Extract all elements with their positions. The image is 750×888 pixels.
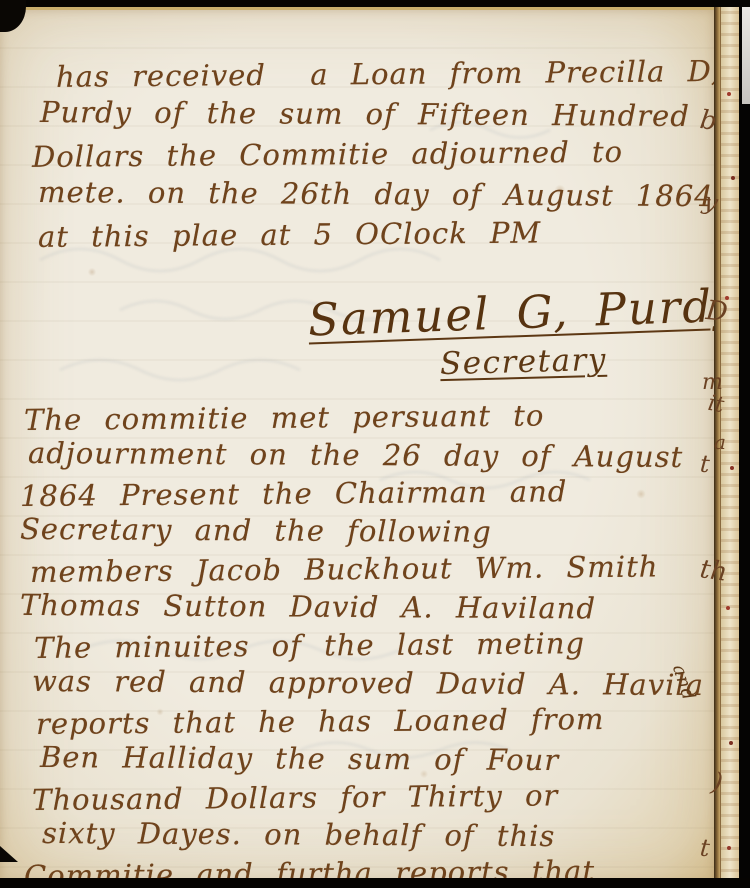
text-line: Thomas Sutton David A. Haviland [20, 586, 710, 628]
ink-mark: t [699, 450, 711, 479]
ink-mark: t [699, 834, 711, 863]
photo-backdrop-right [739, 0, 750, 888]
text-line: Secretary and the following [20, 510, 710, 552]
text-line: The minuites of the last meting [34, 623, 710, 667]
signature-title: Secretary [440, 342, 608, 382]
text-line: sixty Dayes. on behalf of this [42, 814, 710, 856]
text-line: Thousand Dollars for Thirty or [32, 775, 710, 819]
ink-mark: th [698, 554, 729, 587]
text-line: Purdy of the sum of Fifteen Hundred [40, 92, 702, 136]
manuscript-page: has received a Loan from Precilla D, Pur… [0, 7, 714, 886]
book-photo: has received a Loan from Precilla D, Pur… [0, 0, 750, 888]
text-line: reports that he has Loaned from [36, 699, 710, 743]
text-line: adjournment on the 26 day of August [28, 434, 710, 476]
text-line: Dollars the Commitie adjourned to [32, 131, 702, 177]
bottom-shadow-band [0, 878, 750, 888]
top-shadow-band [0, 0, 750, 7]
book-cover-edge-highlight [742, 0, 750, 104]
ink-mark: a [714, 430, 726, 454]
text-line: The commitie met persuant to [24, 395, 710, 439]
text-line: Ben Halliday the sum of Four [40, 738, 710, 780]
text-line: was red and approved David A. Havila [32, 662, 710, 704]
text-line: at this plae at 5 OClock PM [38, 211, 702, 257]
paragraph-2: The commitie met persuant to adjournment… [18, 398, 710, 886]
text-line: has received a Loan from Precilla D, [56, 51, 702, 97]
text-line: members Jacob Buckhout Wm. Smith [30, 547, 710, 591]
ink-mark: D [704, 295, 729, 328]
paragraph-1: has received a Loan from Precilla D, Pur… [30, 54, 702, 254]
corner-shadow-bottom-left [0, 846, 18, 862]
text-line: 1864 Present the Chairman and [20, 471, 710, 515]
text-line: mete. on the 26th day of August 1864 [38, 172, 702, 216]
